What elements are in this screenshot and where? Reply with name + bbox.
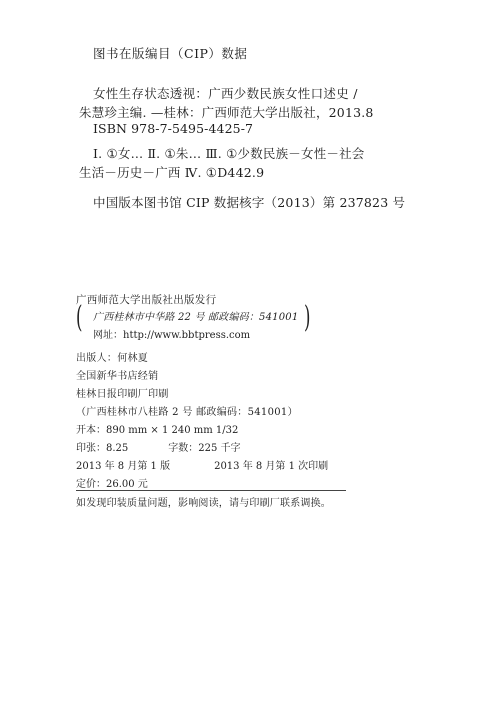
word-count: 字数：225 千字 xyxy=(168,443,240,454)
cip-record-number: 中国版本图书馆 CIP 数据核字（2013）第 237823 号 xyxy=(93,193,405,211)
price: 定价：26.00 元 xyxy=(76,475,148,490)
printer: 桂林日报印刷厂印刷 xyxy=(76,385,169,400)
publisher-website: 网址：http://www.bbtpress.com xyxy=(93,326,250,341)
right-bracket-icon: ) xyxy=(304,300,310,336)
cip-editor-line: 朱慧珍主编. —桂林：广西师范大学出版社，2013.8 xyxy=(79,103,374,121)
sheets-and-wordcount: 印张：8.25字数：225 千字 xyxy=(76,439,241,454)
publisher-title: 广西师范大学出版社出版发行 xyxy=(76,292,216,307)
publisher-address: 广西桂林市中华路 22 号 邮政编码：541001 xyxy=(93,308,298,323)
publisher-person: 出版人：何林夏 xyxy=(76,349,148,364)
printer-address: （广西桂林市八桂路 2 号 邮政编码：541001） xyxy=(76,403,298,418)
printing: 2013 年 8 月第 1 次印刷 xyxy=(214,461,328,472)
cip-heading: 图书在版编目（CIP）数据 xyxy=(93,44,247,62)
edition-info: 2013 年 8 月第 1 版2013 年 8 月第 1 次印刷 xyxy=(76,457,328,472)
distributor: 全国新华书店经销 xyxy=(76,367,158,382)
edition: 2013 年 8 月第 1 版 xyxy=(76,461,170,472)
print-sheets: 印张：8.25 xyxy=(76,443,128,454)
classification-line-1: Ⅰ. ①女… Ⅱ. ①朱… Ⅲ. ①少数民族－女性－社会 xyxy=(93,144,365,162)
book-format: 开本：890 mm × 1 240 mm 1/32 xyxy=(76,421,238,436)
quality-notice: 如发现印装质量问题，影响阅读，请与印刷厂联系调换。 xyxy=(76,494,331,509)
isbn: ISBN 978-7-5495-4425-7 xyxy=(93,121,253,136)
cip-title-line: 女性生存状态透视：广西少数民族女性口述史 / xyxy=(93,84,358,102)
classification-line-2: 生活－历史－广西 Ⅳ. ①D442.9 xyxy=(79,163,264,181)
left-bracket-icon: ( xyxy=(76,300,82,336)
divider xyxy=(76,490,346,491)
